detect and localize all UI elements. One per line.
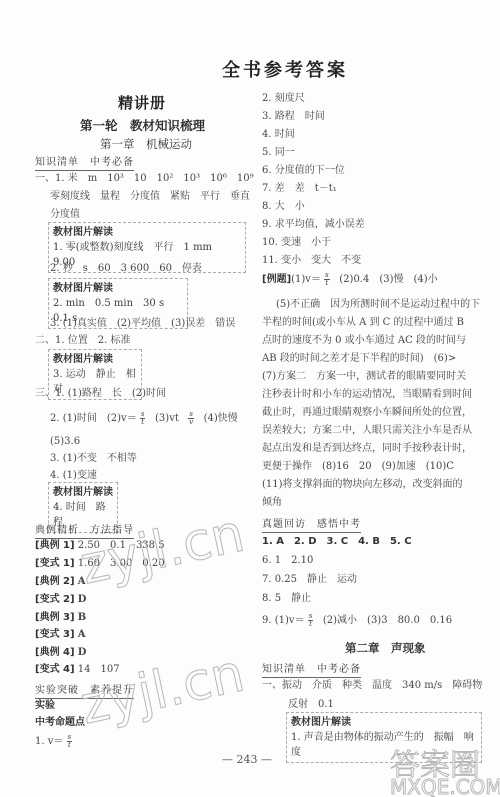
watermark-zyjl: zyjl.cn [76, 643, 250, 736]
explanation-line: (11)将支撑斜面的物块向左移动，改变斜面的 [262, 478, 463, 491]
fraction: st [140, 411, 146, 426]
example-row: [典例 3] B [35, 611, 86, 624]
answer-line: 8. 5 静止 [262, 592, 311, 605]
book-title: 精讲册 [118, 92, 166, 113]
box-title: 教材图片解读 [53, 225, 241, 240]
example-row: [变式 2] D [35, 593, 86, 606]
answer-line: 3. (1)真实值 (2)平均值 (3)误差 错误 [50, 317, 235, 330]
explanation-line: 误差较大；方案二中，人眼只需关注小车是否从 [262, 424, 472, 437]
example-row: [变式 3] A [35, 628, 86, 641]
answer-line: 反射 0.1 [288, 698, 334, 711]
round-title: 第一轮 教材知识梳理 [80, 116, 205, 134]
explanation-line: 截止时，再通过眼睛观察小车瞬间所处的位置， [262, 406, 472, 419]
answer-line: 1. v＝ st [35, 734, 72, 749]
fraction: st [67, 734, 73, 749]
page-number: — 243 — [222, 753, 272, 766]
box-title: 教材图片解读 [53, 281, 183, 296]
example-row: [典例 4] D [35, 646, 86, 659]
answer-line: 6. 分度值的下一位 [262, 164, 345, 177]
answer-line: 9. (1)v＝ st (2)减小 (3)3 80.0 0.16 [262, 613, 452, 628]
explanation-line: 点时的速度不为 0 或小车通过 AC 段的时间与 [262, 334, 466, 347]
fraction: sv [188, 411, 194, 426]
answer-line: 一、振动 介质 种类 温度 340 m/s 障碍物 [262, 679, 482, 692]
explanation-line: 更便于操作 (8)16 20 (9)加速 (10)C [262, 460, 454, 473]
example-answer: [例题](1)v＝ st (2)0.4 (3)慢 (4)小 [262, 272, 438, 287]
explanation-line: 半程的时间(或小车从 A 到 C 的过程中通过 B [262, 316, 464, 329]
explanation-line: (5)不正确 因为所测时间不是运动过程中的下 [276, 298, 480, 311]
answer-line: 2. 刻度尺 [262, 92, 305, 105]
section-knowledge: 知识清单 中考必备 [35, 153, 134, 171]
answer-line: 7. 差 差 t－t₁ [262, 182, 337, 195]
answer-line: 二、1. 位置 2. 标准 [35, 334, 130, 347]
watermark-mxqe: MXQE.COM [390, 775, 500, 797]
example-row: [典例 2] A [35, 575, 86, 588]
answer-line: 10. 变速 小于 [262, 236, 331, 249]
explanation-line: 注秒表计时和小车的运动情况，当眼睛看到时间 [262, 388, 472, 401]
section-real-exam: 真题回访 感悟中考 [262, 515, 361, 533]
box-title: 教材图片解读 [53, 485, 113, 500]
section-knowledge: 知识清单 中考必备 [262, 660, 361, 678]
explanation-line: (7)方案二 方案一中，测试者的眼睛要同时关 [262, 370, 466, 383]
page-title: 全书参考答案 [222, 56, 348, 82]
answer-line: 4. 时间 [262, 128, 295, 141]
explanation-line: 倾角 [262, 496, 282, 509]
text: (4)快慢 [204, 413, 238, 424]
experiment-subtitle: 中考命题点 [35, 716, 85, 729]
explanation-line: AB 段的时间之差才是下半程的时间) (6)> [262, 352, 456, 365]
answer-line: 一、1. 米 m 10³ 10 10² 10³ 10⁶ 10⁹ [35, 172, 254, 185]
text: 2. (1)时间 (2)v＝ [50, 413, 137, 424]
box-title: 教材图片解读 [291, 715, 477, 730]
answer-line: 三、1. (1)路程 长 (2)时间 [35, 387, 166, 400]
box-title: 教材图片解读 [53, 352, 137, 367]
chapter-title: 第一章 机械运动 [100, 136, 192, 152]
answer-line: 3. 路程 时间 [262, 110, 325, 123]
answer-line: 6. 1 2.10 [262, 554, 313, 567]
answer-line: 零刻度线 量程 分度值 紧贴 平行 垂直 [50, 190, 250, 203]
answer-line: 3. (1)不变 不相等 [50, 452, 137, 465]
answer-line: 5. 同一 [262, 146, 295, 159]
answer-line: 分度值 [50, 208, 80, 221]
answer-line: 7. 0.25 静止 运动 [262, 573, 357, 586]
experiment-title: 实验 [35, 699, 55, 712]
chapter-title: 第二章 声现象 [345, 640, 426, 656]
answer-line: 9. 求平均值，减小误差 [262, 218, 365, 231]
answer-line: (5)3.6 [50, 435, 80, 448]
answer-line: 2. 秒 s 60 3 600 60 停表 [50, 262, 202, 275]
fraction: st [308, 613, 314, 628]
answer-line: 11. 变小 变大 不变 [262, 254, 361, 267]
explanation-line: 起点出发和是否到达终点，同时手按秒表计时， [262, 442, 472, 455]
answer-line: 1. A 2. D 3. C 4. B 5. C [262, 535, 412, 548]
answer-line: 4. (1)变速 [50, 469, 97, 482]
answer-line: 8. 大 小 [262, 200, 305, 213]
answer-line: 2. (1)时间 (2)v＝ st (3)vt sv (4)快慢 [50, 411, 238, 426]
fraction: st [324, 272, 330, 287]
text: (3)vt [155, 413, 179, 424]
